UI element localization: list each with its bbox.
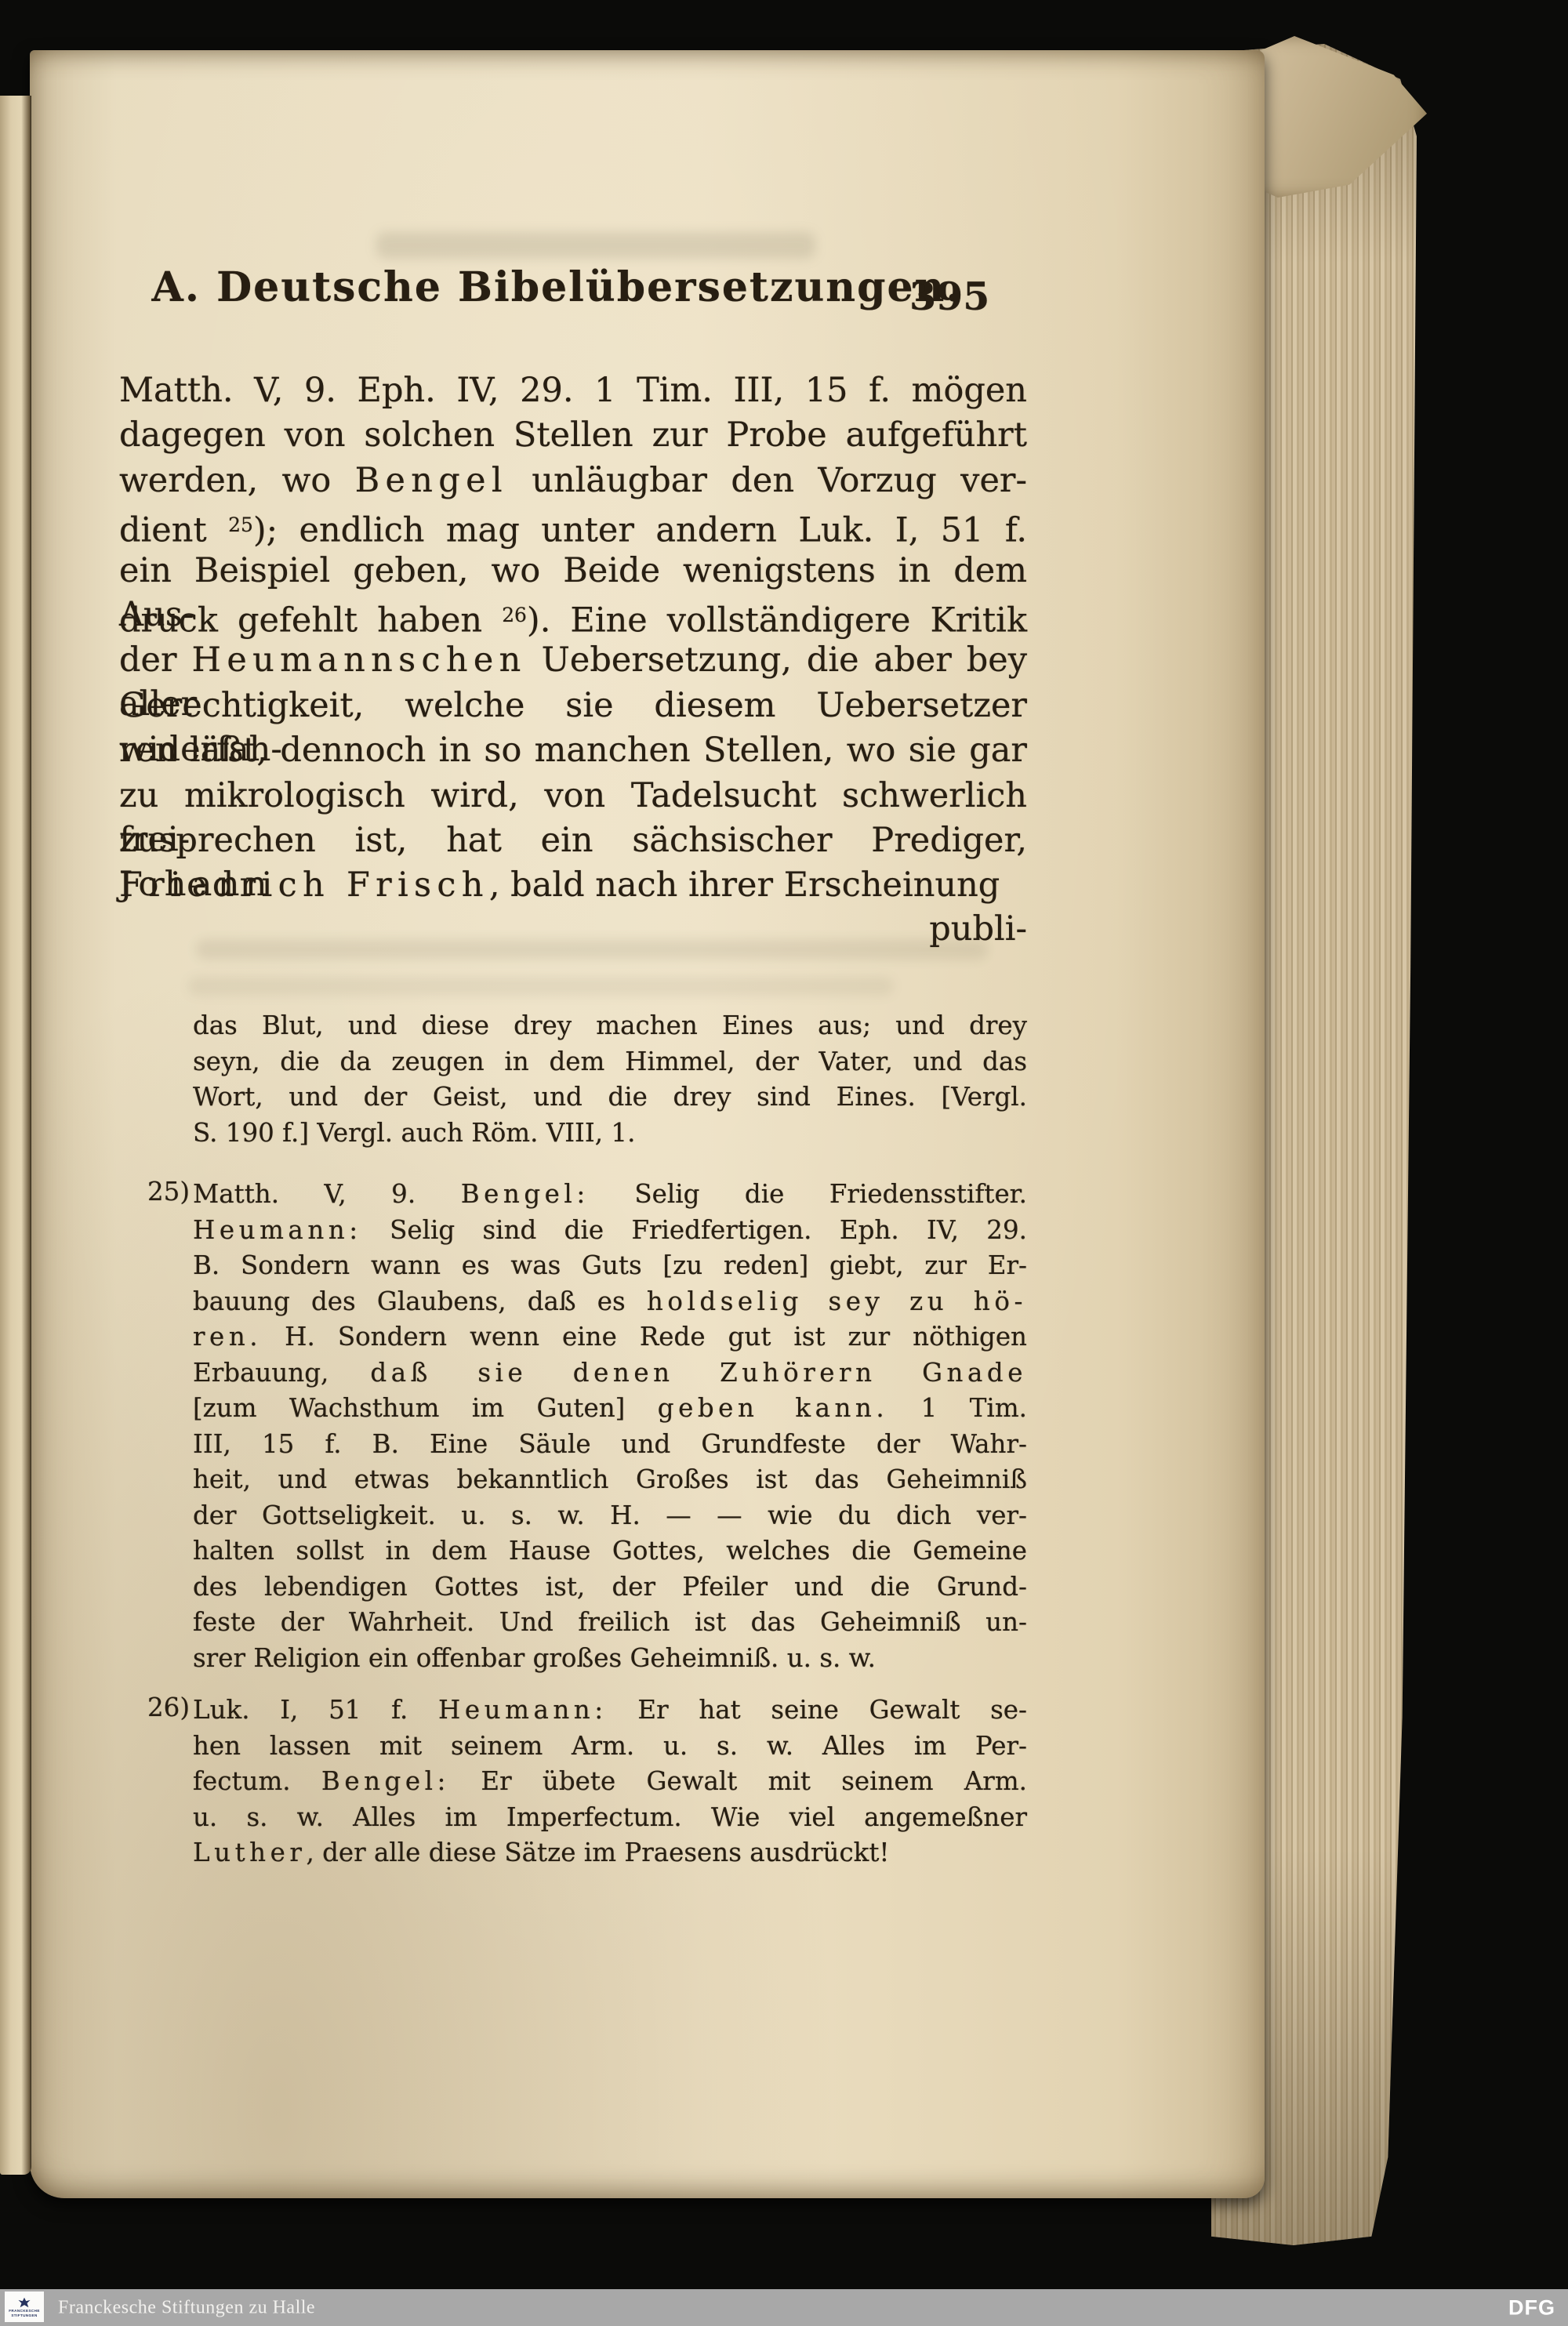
text-line: dient 25); endlich mag unter andern Luk.… — [119, 503, 1027, 548]
footnote-26-text: Luk. I, 51 f. Heumann: Er hat seine Gewa… — [193, 1693, 1027, 1871]
footnote-26: 26) Luk. I, 51 f. Heumann: Er hat seine … — [193, 1693, 1027, 1871]
text-line: Erbauung, daß sie denen Zuhörern Gnade — [193, 1355, 1027, 1392]
text-line: des lebendigen Gottes ist, der Pfeiler u… — [193, 1569, 1027, 1606]
text-line: druck gefehlt haben 26). Eine vollständi… — [119, 593, 1027, 638]
text-line: heit, und etwas bekanntlich Großes ist d… — [193, 1462, 1027, 1498]
text-line: ren läßt, dennoch in so manchen Stellen,… — [119, 728, 1027, 773]
text-line: ein Beispiel geben, wo Beide wenigstens … — [119, 549, 1027, 593]
dfg-logo: DFG — [1508, 2295, 1555, 2320]
logo-text-line2: STIFTUNGEN — [11, 2313, 37, 2318]
text-line: halten sollst in dem Hause Gottes, welch… — [193, 1533, 1027, 1569]
footnote-25-text: Matth. V, 9. Bengel: Selig die Friedenss… — [193, 1177, 1027, 1676]
text-line: zusprechen ist, hat ein sächsischer Pred… — [119, 818, 1027, 863]
text-line: der Gottseligkeit. u. s. w. H. — — wie d… — [193, 1498, 1027, 1534]
footnote-25: 25) Matth. V, 9. Bengel: Selig die Fried… — [193, 1177, 1027, 1676]
text-line: hen lassen mit seinem Arm. u. s. w. Alle… — [193, 1729, 1027, 1765]
text-line: fectum. Bengel: Er übete Gewalt mit sein… — [193, 1764, 1027, 1800]
text-line: werden, wo Bengel unläugbar den Vorzug v… — [119, 459, 1027, 503]
text-line: zu mikrologisch wird, von Tadelsucht sch… — [119, 774, 1027, 818]
text-line: [zum Wachsthum im Guten] geben kann. 1 T… — [193, 1391, 1027, 1427]
text-line: Luk. I, 51 f. Heumann: Er hat seine Gewa… — [193, 1693, 1027, 1729]
text-line: dagegen von solchen Stellen zur Probe au… — [119, 413, 1027, 458]
text-line: Matth. V, 9. Eph. IV, 29. 1 Tim. III, 15… — [119, 368, 1027, 413]
main-text-block: Matth. V, 9. Eph. IV, 29. 1 Tim. III, 15… — [119, 368, 1027, 909]
footnote-25-marker: 25) — [147, 1177, 190, 1207]
library-name: Franckesche Stiftungen zu Halle — [58, 2297, 315, 2318]
text-line: srer Religion ein offenbar großes Geheim… — [193, 1641, 1027, 1677]
text-line: u. s. w. Alles im Imperfectum. Wie viel … — [193, 1800, 1027, 1836]
footnote-26-marker: 26) — [147, 1693, 190, 1722]
text-line: Wort, und der Geist, und die drey sind E… — [193, 1080, 1027, 1116]
page-heading: A. Deutsche Bibelübersetzungen. — [118, 263, 996, 311]
eagle-icon — [16, 2296, 33, 2309]
text-line: der Heumannschen Uebersetzung, die aber … — [119, 638, 1027, 683]
text-line: Friedrich Frisch, bald nach ihrer Ersche… — [119, 863, 1027, 908]
library-logo: FRANCKESCHE STIFTUNGEN — [5, 2292, 44, 2322]
footnote-continuation: das Blut, und diese drey machen Eines au… — [193, 1008, 1027, 1151]
text-line: Matth. V, 9. Bengel: Selig die Friedenss… — [193, 1177, 1027, 1213]
text-line: das Blut, und diese drey machen Eines au… — [193, 1008, 1027, 1044]
facing-page-edge — [0, 96, 31, 2175]
text-line: B. Sondern wann es was Guts [zu reden] g… — [193, 1248, 1027, 1284]
text-line: Heumann: Selig sind die Friedfertigen. E… — [193, 1213, 1027, 1249]
text-line: bauung des Glaubens, daß es holdselig se… — [193, 1284, 1027, 1320]
text-line: Luther, der alle diese Sätze im Praesens… — [193, 1835, 1027, 1871]
text-line: S. 190 f.] Vergl. auch Röm. VIII, 1. — [193, 1116, 1027, 1152]
text-line: seyn, die da zeugen in dem Himmel, der V… — [193, 1044, 1027, 1080]
show-through-smudge — [376, 232, 815, 259]
library-footer-bar: FRANCKESCHE STIFTUNGEN Franckesche Stift… — [0, 2289, 1568, 2326]
catchword: publi- — [119, 907, 1073, 952]
book-scan-viewer: A. Deutsche Bibelübersetzungen. 395 Matt… — [0, 0, 1568, 2326]
text-line: Gerechtigkeit, welche sie diesem Ueberse… — [119, 684, 1027, 728]
page-number: 395 — [909, 274, 989, 319]
text-line: III, 15 f. B. Eine Säule und Grundfeste … — [193, 1427, 1027, 1463]
text-line: feste der Wahrheit. Und freilich ist das… — [193, 1605, 1027, 1641]
show-through-smudge — [188, 977, 894, 996]
footnotes-section: das Blut, und diese drey machen Eines au… — [193, 1008, 1027, 1871]
text-line: ren. H. Sondern wenn eine Rede gut ist z… — [193, 1319, 1027, 1355]
